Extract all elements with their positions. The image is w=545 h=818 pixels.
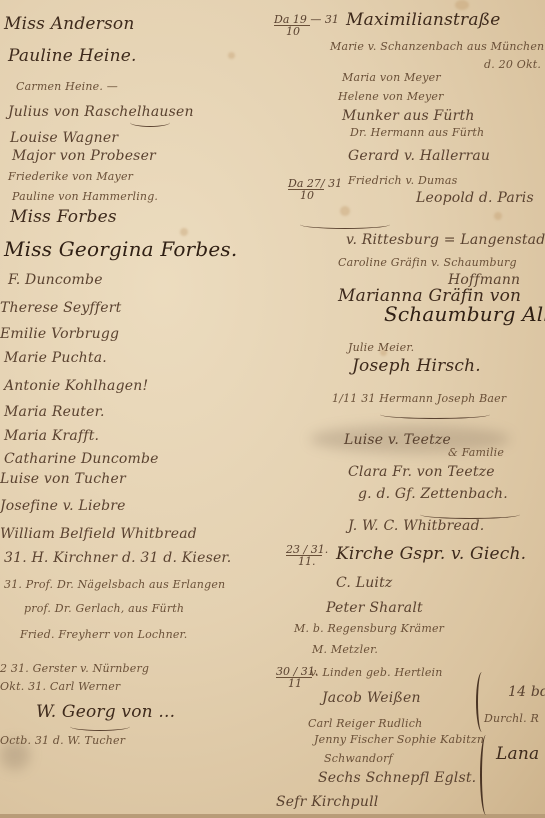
paper-stain	[494, 212, 502, 220]
signature-entry: Julie Meier.	[348, 341, 414, 354]
signature-entry: Miss Georgina Forbes.	[4, 237, 237, 261]
signature-entry: Lana	[496, 744, 539, 764]
date-fraction: Da 19 — 3110	[274, 14, 339, 37]
signature-entry: Gerard v. Hallerrau	[348, 148, 490, 164]
date-denominator: 10	[288, 189, 324, 201]
signature-entry: Pauline Heine.	[8, 46, 137, 66]
date-numerator: Da 27/ 31	[288, 177, 342, 190]
date-fraction: 23 / 31.11.	[286, 544, 328, 567]
signature-entry: William Belfield Whitbread	[0, 526, 197, 542]
signature-entry: W. Georg von ...	[36, 702, 175, 722]
signature-entry: g. d. Gf. Zettenbach.	[358, 486, 508, 502]
signature-entry: Munker aus Fürth	[342, 108, 475, 124]
signature-entry: Jenny Fischer Sophie Kabitzn	[314, 733, 484, 746]
signature-entry: Sefr Kirchpull	[276, 794, 378, 810]
signature-entry: Clara Fr. von Teetze	[348, 464, 495, 480]
signature-entry: Maria Reuter.	[4, 404, 105, 420]
date-fraction: 30 / 31.11	[276, 666, 318, 689]
signature-flourish	[380, 410, 490, 419]
signature-entry: 31. H. Kirchner d. 31 d. Kieser.	[4, 550, 231, 566]
signature-entry: Leopold d. Paris	[416, 190, 534, 206]
signature-flourish	[70, 722, 130, 731]
signature-entry: Schwandorf	[324, 752, 393, 765]
signature-entry: Friedrich v. Dumas	[348, 174, 458, 187]
signature-entry: d. 20 Okt.	[484, 58, 541, 71]
signature-entry: Sechs Schnepfl Eglst.	[318, 770, 476, 786]
date-denominator: 11.	[286, 555, 322, 567]
signature-entry: Luise v. Teetze	[344, 432, 451, 448]
date-numerator: Da 19 — 31	[274, 13, 339, 26]
signature-entry: Carmen Heine. —	[16, 80, 118, 93]
signature-entry: Josefine v. Liebre	[0, 498, 126, 514]
signature-entry: Okt. 31. Carl Werner	[0, 680, 120, 693]
paper-stain	[340, 206, 350, 216]
signature-entry: Emilie Vorbrugg	[0, 326, 119, 342]
signature-entry: prof. Dr. Gerlach, aus Fürth	[24, 602, 184, 615]
signature-entry: Carl Reiger Rudlich	[308, 717, 422, 730]
signature-entry: M. Metzler.	[312, 643, 378, 656]
signature-entry: Catharine Duncombe	[4, 451, 159, 467]
signature-entry: Octb. 31 d. W. Tucher	[0, 734, 125, 747]
bracket-mark	[480, 735, 492, 815]
signature-entry: 14 bd	[508, 684, 545, 700]
signature-entry: Jacob Weißen	[322, 690, 421, 706]
signature-entry: Miss Anderson	[4, 14, 135, 34]
signature-entry: Pauline von Hammerling.	[12, 190, 158, 203]
signature-entry: Dr. Hermann aus Fürth	[350, 126, 484, 139]
signature-entry: Kirche Gspr. v. Giech.	[336, 544, 526, 564]
signature-entry: Helene von Meyer	[338, 90, 444, 103]
signature-entry: Schaumburg Albrecht	[384, 302, 545, 326]
signature-entry: Miss Forbes	[10, 207, 117, 227]
paper-stain	[228, 52, 235, 59]
signature-entry: Friederike von Mayer	[8, 170, 133, 183]
signature-entry: 31. Prof. Dr. Nägelsbach aus Erlangen	[4, 578, 225, 591]
signature-entry: Luise von Tucher	[0, 471, 126, 487]
signature-entry: 2 31. Gerster v. Nürnberg	[0, 662, 149, 675]
signature-entry: v. Linden geb. Hertlein	[310, 666, 443, 679]
signature-entry: Major von Probeser	[12, 148, 156, 164]
signature-entry: 1/11 31 Hermann Joseph Baer	[332, 392, 506, 405]
paper-stain	[180, 228, 188, 236]
signature-entry: Julius von Raschelhausen	[8, 104, 194, 120]
signature-entry: Marie v. Schanzenbach aus München	[330, 40, 544, 53]
signature-entry: Marie Puchta.	[4, 350, 107, 366]
signature-entry: v. Rittesburg = Langenstadt	[346, 232, 545, 248]
signature-entry: F. Duncombe	[8, 272, 103, 288]
signature-entry: J. W. C. Whitbread.	[348, 518, 484, 534]
date-denominator: 11	[276, 677, 312, 689]
signature-entry: Antonie Kohlhagen!	[4, 378, 148, 394]
signature-entry: Therese Seyffert	[0, 300, 122, 316]
signature-entry: Maria Krafft.	[4, 428, 99, 444]
signature-entry: C. Luitz	[336, 575, 393, 591]
signature-entry: M. b. Regensburg Krämer	[294, 622, 444, 635]
signature-entry: Maria von Meyer	[342, 71, 441, 84]
frame-edge	[0, 814, 545, 818]
signature-entry: Caroline Gräfin v. Schaumburg	[338, 256, 517, 269]
signature-entry: Maximilianstraße	[346, 10, 501, 30]
signature-entry: Joseph Hirsch.	[352, 356, 481, 376]
signature-entry: Durchl. R	[484, 712, 539, 725]
date-fraction: Da 27/ 3110	[288, 178, 342, 201]
signature-flourish	[300, 220, 390, 229]
date-denominator: 10	[274, 25, 310, 37]
signature-entry: & Familie	[448, 446, 504, 459]
signature-entry: Fried. Freyherr von Lochner.	[20, 628, 188, 641]
signature-entry: Peter Sharalt	[326, 600, 423, 616]
paper-stain	[455, 0, 469, 10]
signature-entry: Louise Wagner	[10, 130, 118, 146]
